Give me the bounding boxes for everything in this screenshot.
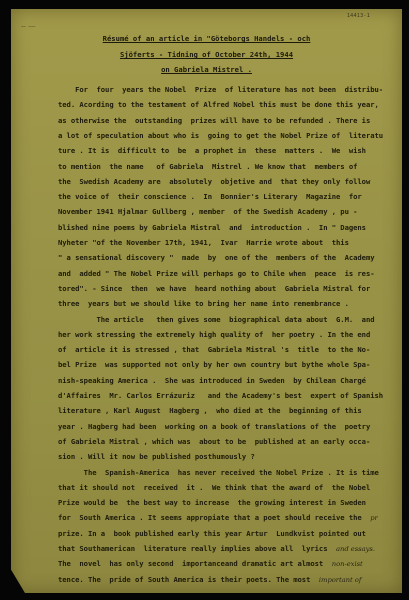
text-line: that it should not received it . We thin… xyxy=(58,483,398,492)
text-line: three years but we should like to bring … xyxy=(58,299,398,308)
text-line: for South America . It seems appropiate … xyxy=(58,513,398,522)
text-line: tored". - Since then we have heard nothi… xyxy=(58,284,398,293)
text-line: literature , Karl August Hagberg , who d… xyxy=(58,406,398,415)
text-line: Prize would be the best way to increase … xyxy=(58,498,398,507)
text-line: Nyheter "of the November 17th, 1941, Iva… xyxy=(58,238,398,247)
corner-mark: ~~ ~~~ xyxy=(21,24,35,29)
handwritten-annotation: and essays. xyxy=(336,545,375,553)
handwritten-annotation: non-exist xyxy=(332,560,363,568)
handwritten-annotation: important of xyxy=(319,576,361,584)
text-line: The article then gives some biographical… xyxy=(58,315,398,324)
text-line: sion . Will it now be published posthumo… xyxy=(58,452,398,461)
text-line: prize. In a book published early this ye… xyxy=(58,529,398,538)
text-line: as otherwise the outstanding prizes will… xyxy=(58,116,398,125)
text-line: The Spanish-America has never received t… xyxy=(58,468,398,477)
title-line-1: Résumé of an article in "Göteborgs Hande… xyxy=(11,34,402,43)
text-line: tence. The pride of South America is the… xyxy=(58,575,398,584)
text-line: d'Affaires Mr. Carlos Errázuriz and the … xyxy=(58,391,398,400)
title-line-2: Sjöferts - Tidning of October 24th, 1944 xyxy=(11,50,402,59)
text-line: of Gabriela Mistral , which was about to… xyxy=(58,437,398,446)
archive-number: 14413-1 xyxy=(347,13,370,19)
text-line: ted. Acording to the testament of Alfred… xyxy=(58,100,398,109)
text-line: nish-speaking America . She was introduc… xyxy=(58,376,398,385)
text-line: November 1941 Hjalmar Gullberg , member … xyxy=(58,207,398,216)
text-line: the voice of their conscience . In Bonni… xyxy=(58,192,398,201)
text-line: The novel has only second importanceand … xyxy=(58,559,398,568)
title-line-3: on Gabriela Mistrel . xyxy=(11,65,402,74)
handwritten-annotation: pr xyxy=(370,514,378,522)
text-line: of article it is stressed , that Gabriel… xyxy=(58,345,398,354)
text-line: the Swedish Academy are absolutely objet… xyxy=(58,177,398,186)
text-line: to mention the name of Gabriela Mistrel … xyxy=(58,162,398,171)
text-line: year . Hagberg had been working on a boo… xyxy=(58,422,398,431)
text-line: " a sensational discovery " made by one … xyxy=(58,253,398,262)
text-line: her work stressing the extremely high qu… xyxy=(58,330,398,339)
typewritten-page: 14413-1 ~~ ~~~ Résumé of an article in "… xyxy=(11,9,402,593)
text-line: blished nine poems by Gabriela Mistral a… xyxy=(58,223,398,232)
text-line: that Southamerican literature really imp… xyxy=(58,544,398,553)
text-line: bel Prize was supported not only by her … xyxy=(58,360,398,369)
text-line: For four years the Nobel Prize of litera… xyxy=(58,85,398,94)
text-line: ture . It is difficult to be a prophet i… xyxy=(58,146,398,155)
text-line: a lot of speculation about who is going … xyxy=(58,131,398,140)
text-line: and added " The Nobel Prize will perhaps… xyxy=(58,269,398,278)
